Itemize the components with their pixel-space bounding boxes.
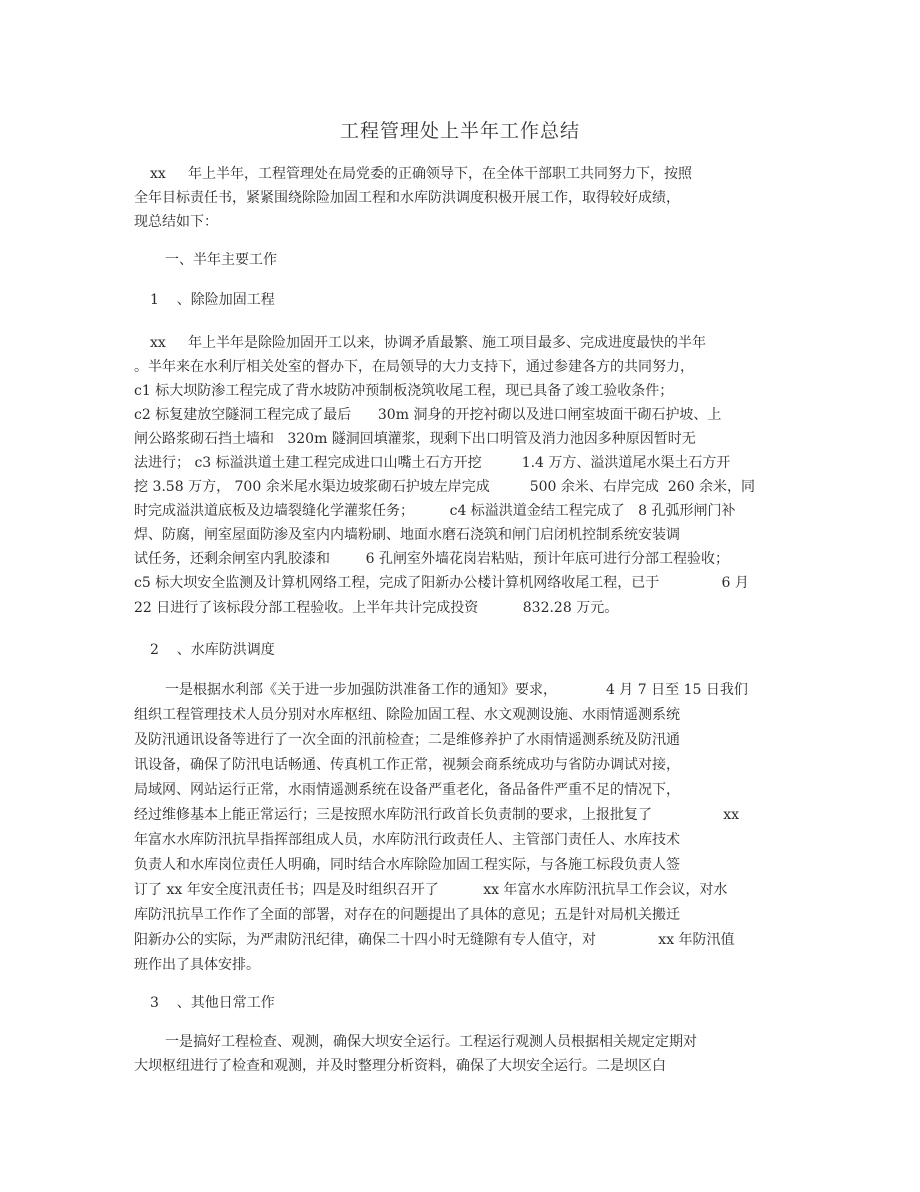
text-line: 一是搞好工程检查、观测，确保大坝安全运行。工程运行观测人员根据相关规定定期对 [165,1032,697,1052]
text-line: 。半年来在水利厅相关处室的督办下，在局领导的大力支持下，通过参建各方的共同努力， [134,357,694,377]
text-line: 组织工程管理技术人员分别对水库枢纽、除险加固工程、水文观测设施、水雨情遥测系统 [134,705,680,725]
text-line: 班作出了具体安排。 [134,955,260,975]
text-line: 经过维修基本上能正常运行；三是按照水库防汛行政首长负责制的要求，上报批复了 xx [134,805,739,825]
document-title: 工程管理处上半年工作总结 [0,116,920,143]
text-line: 局域网、网站运行正常，水雨情遥测系统在设备严重老化，备品备件严重不足的情况下， [134,780,680,800]
text-line: 试任务，还剩余闸室内乳胶漆和 6 孔闸室外墙花岗岩粘贴，预计年底可进行分部工程验… [134,549,729,569]
text-line: 一是根据水利部《关于进一步加强防洪准备工作的通知》要求， 4 月 7 日至 15… [165,680,748,700]
text-line: 年富水水库防汛抗旱指挥部组成人员，水库防汛行政责任人、主管部门责任人、水库技术 [134,830,680,850]
text-line: c5 标大坝安全监测及计算机网络工程，完成了阳新办公楼计算机网络收尾工程，已于 … [134,573,749,593]
text-line: 现总结如下： [134,212,218,232]
text-line: xx 年上半年，工程管理处在局党委的正确领导下，在全体干部职工共同努力下，按照 [150,164,692,184]
text-line: xx 年上半年是除险加固开工以来，协调矛盾最繁、施工项目最多、完成进度最快的半年 [150,333,706,353]
text-line: 1 、除险加固工程 [150,290,275,310]
text-line: 负责人和水库岗位责任人明确，同时结合水库除险加固工程实际，与各施工标段负责人签 [134,855,680,875]
text-line: 一、半年主要工作 [165,250,277,270]
text-line: 挖 3.58 万方， 700 余米尾水渠边坡浆砌石护坡左岸完成 500 余米、右… [134,477,755,497]
text-line: 库防汛抗旱工作作了全面的部署，对存在的问题提出了具体的意见；五是针对局机关搬迁 [134,905,680,925]
text-line: 焊、防腐，闸室屋面防渗及室内内墙粉刷、地面水磨石浇筑和闸门启闭机控制系统安装调 [134,525,680,545]
text-line: 全年目标责任书，紧紧围绕除险加固工程和水库防洪调度积极开展工作，取得较好成绩， [134,188,680,208]
text-line: 闸公路浆砌石挡土墙和 320m 隧洞回填灌浆，现剩下出口明管及消力池因多种原因暂… [134,429,696,449]
text-line: 法进行； c3 标溢洪道土建工程完成进口山嘴土石方开挖 1.4 万方、溢洪道尾水… [134,453,730,473]
text-line: 订了 xx 年安全度汛责任书；四是及时组织召开了 xx 年富水水库防汛抗旱工作会… [134,880,727,900]
document-page: 工程管理处上半年工作总结 xx 年上半年，工程管理处在局党委的正确领导下，在全体… [0,0,920,1192]
text-line: 阳新办公的实际，为严肃防汛纪律，确保二十四小时无缝隙有专人值守，对 xx 年防汛… [134,930,735,950]
text-line: c1 标大坝防渗工程完成了背水坡防冲预制板浇筑收尾工程，现已具备了竣工验收条件； [134,381,673,401]
text-line: c2 标复建放空隧洞工程完成了最后 30m 洞身的开挖衬砌以及进口闸室坡面干砌石… [134,405,721,425]
text-line: 2 、水库防洪调度 [150,640,275,660]
text-line: 3 、其他日常工作 [150,993,275,1013]
text-line: 讯设备，确保了防汛电话畅通、传真机工作正常，视频会商系统成功与省防办调试对接， [134,755,680,775]
text-line: 及防汛通讯设备等进行了一次全面的汛前检查；二是维修养护了水雨情遥测系统及防汛通 [134,730,680,750]
text-line: 22 日进行了该标段分部工程验收。上半年共计完成投资 832.28 万元。 [134,598,618,618]
text-line: 时完成溢洪道底板及边墙裂缝化学灌浆任务； c4 标溢洪道金结工程完成了 8 孔弧… [134,501,736,521]
text-line: 大坝枢纽进行了检查和观测，并及时整理分析资料，确保了大坝安全运行。二是坝区白 [134,1056,666,1076]
